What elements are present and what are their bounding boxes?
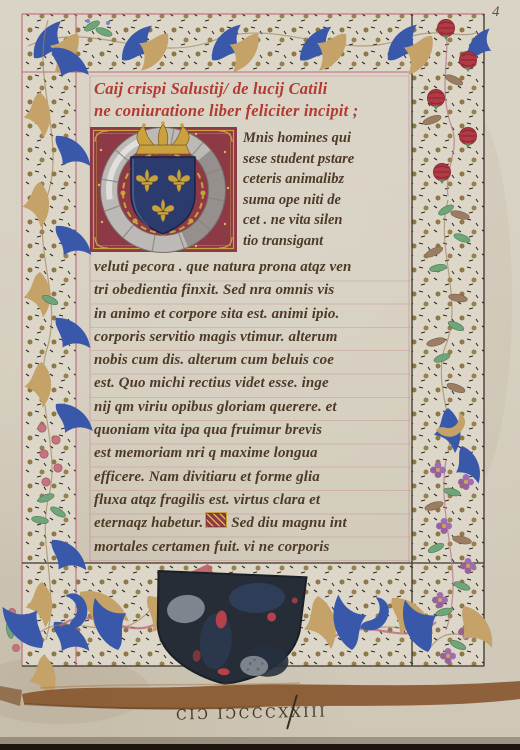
crown-icon bbox=[136, 121, 190, 154]
illuminated-initial-panel bbox=[87, 114, 239, 266]
text-line: nij qm viriu opibus gloriam querere. et bbox=[94, 396, 414, 419]
text-line: mortales certamen fuit. vi ne corporis bbox=[94, 536, 414, 559]
rubric-line: ne coniuratione liber feliciter incipit … bbox=[94, 100, 414, 122]
text-line: sese student pstare bbox=[243, 149, 415, 170]
rubric-line: Caij crispi Salustij/ de lucij Catili bbox=[94, 78, 414, 100]
text-fragment: eternaqz habetur. bbox=[94, 515, 203, 531]
effaced-shield bbox=[151, 567, 306, 689]
text-fragment: Sed diu magnu int bbox=[231, 515, 347, 531]
text-line: est. Quo michi rectius videt esse. inge bbox=[94, 372, 414, 395]
text-line: cet . ne vita silen bbox=[243, 210, 415, 231]
text-line: veluti pecora . que natura prona atqz ve… bbox=[94, 256, 414, 279]
opening-text-column: Mnis homines qui sese student pstare cet… bbox=[243, 128, 415, 252]
text-line: in animo et corpore sita est. animi ipio… bbox=[94, 303, 414, 326]
text-line: ceteris animalibz bbox=[243, 169, 415, 190]
text-line: quoniam vita ipa qua fruimur brevis bbox=[94, 419, 414, 442]
text-line: nobis cum dis. alterum cum beluis coe bbox=[94, 349, 414, 372]
text-line: corporis servitio magis vtimur. alterum bbox=[94, 326, 414, 349]
text-line: Mnis homines qui bbox=[243, 128, 415, 149]
page-bottom-edge bbox=[0, 737, 520, 750]
text-line: efficere. Nam divitiaru et forme glia bbox=[94, 466, 414, 489]
text-line: est memoriam nri q maxime longua bbox=[94, 442, 414, 465]
date-inscription: CIƆ IƆCCCXXIII bbox=[176, 704, 328, 723]
manuscript-page-photo: Caij crispi Salustij/ de lucij Catili ne… bbox=[0, 0, 520, 750]
text-line-with-paraph: eternaqz habetur.Sed diu magnu int bbox=[94, 512, 414, 535]
rubric-incipit: Caij crispi Salustij/ de lucij Catili ne… bbox=[94, 78, 414, 122]
text-line: tri obedientia finxit. Sed nra omnis vis bbox=[94, 279, 414, 302]
body-text-block: veluti pecora . que natura prona atqz ve… bbox=[94, 256, 414, 559]
gilded-paraph-mark bbox=[205, 512, 227, 528]
text-line: fluxa atqz fragilis est. virtus clara et bbox=[94, 489, 414, 512]
text-line: tio transigant bbox=[243, 231, 415, 252]
text-line: suma ope niti de bbox=[243, 190, 415, 211]
folio-number: 4 bbox=[492, 4, 500, 21]
